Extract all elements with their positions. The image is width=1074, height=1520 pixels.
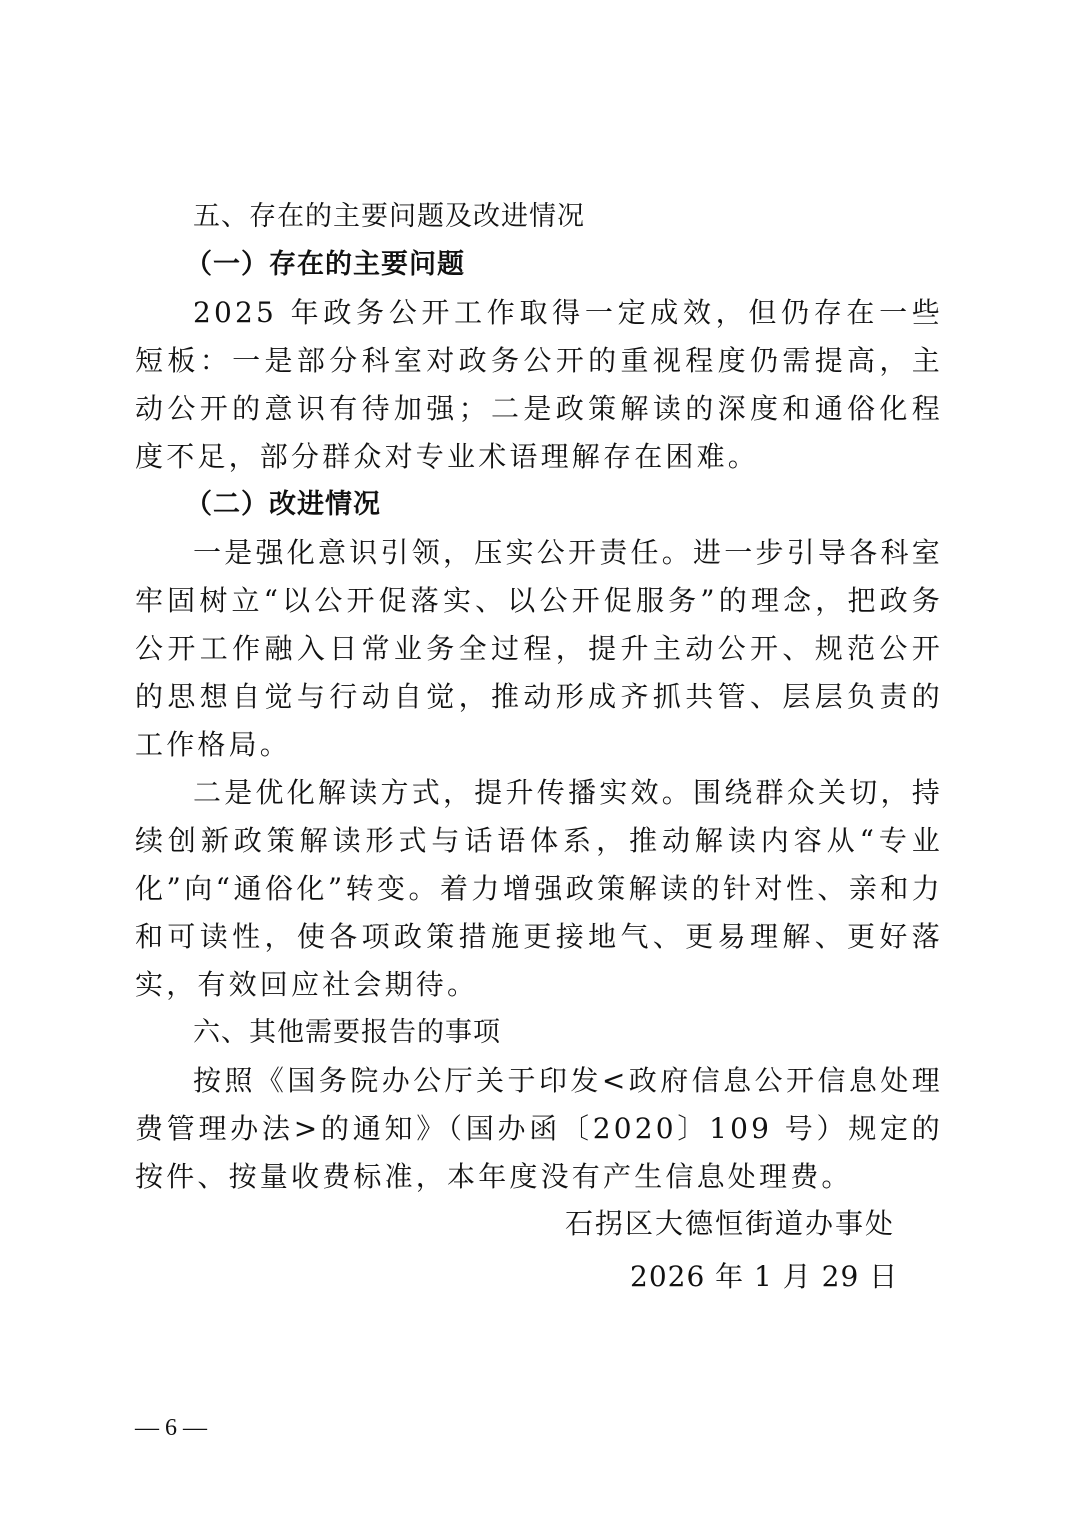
section5-sub1-paragraph: 2025 年政务公开工作取得一定成效，但仍存在一些短板：一是部分科室对政务公开的… (135, 289, 943, 481)
document-body: 五、存在的主要问题及改进情况 （一）存在的主要问题 2025 年政务公开工作取得… (135, 193, 943, 1201)
section5-sub1-heading: （一）存在的主要问题 (135, 241, 943, 289)
signature-date: 2026 年 1 月 29 日 (630, 1253, 898, 1301)
section5-sub2-heading: （二）改进情况 (135, 481, 943, 529)
section6-heading: 六、其他需要报告的事项 (135, 1009, 943, 1057)
section5-sub2-paragraph-1: 一是强化意识引领，压实公开责任。进一步引导各科室牢固树立“以公开促落实、以公开促… (135, 529, 943, 769)
signature-organization: 石拐区大德恒街道办事处 (565, 1200, 895, 1248)
section5-sub2-paragraph-2: 二是优化解读方式，提升传播实效。围绕群众关切，持续创新政策解读形式与话语体系，推… (135, 769, 943, 1009)
section5-sub1-paragraph-block: 2025 年政务公开工作取得一定成效，但仍存在一些短板：一是部分科室对政务公开的… (135, 289, 943, 481)
section5-sub2-paragraph-block: 一是强化意识引领，压实公开责任。进一步引导各科室牢固树立“以公开促落实、以公开促… (135, 529, 943, 1009)
section6-paragraph: 按照《国务院办公厅关于印发<政府信息公开信息处理费管理办法>的通知》（国办函〔2… (135, 1057, 943, 1201)
document-page: 五、存在的主要问题及改进情况 （一）存在的主要问题 2025 年政务公开工作取得… (0, 0, 1074, 1520)
page-number: — 6 — (135, 1408, 207, 1448)
section5-heading: 五、存在的主要问题及改进情况 (135, 193, 943, 241)
section6-paragraph-block: 按照《国务院办公厅关于印发<政府信息公开信息处理费管理办法>的通知》（国办函〔2… (135, 1057, 943, 1201)
